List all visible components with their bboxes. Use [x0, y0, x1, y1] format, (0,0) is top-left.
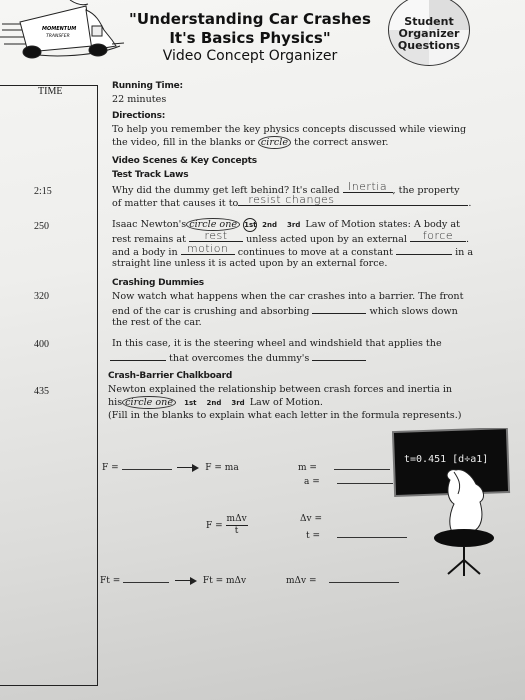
truck-text-momentum: MOMENTUM [42, 26, 76, 32]
chalkboard-line-3: (Fill in the blanks to explain what each… [108, 409, 462, 423]
title-line-3: Video Concept Organizer [120, 48, 380, 64]
formula-label: F = [206, 521, 223, 531]
handwritten-answer: motion [181, 243, 235, 254]
question-text: his [108, 397, 122, 408]
m-definition: m = [298, 461, 390, 473]
formula-row-1: F = F = ma [102, 461, 239, 473]
overcomes-blank[interactable] [312, 350, 366, 361]
fraction: mΔv t [226, 514, 248, 537]
rest-blank[interactable]: rest [189, 231, 243, 242]
t-definition: t = [306, 529, 407, 541]
formula-label: a = [304, 477, 320, 487]
fraction-numerator: mΔv [226, 514, 248, 526]
arrow-right-icon [175, 577, 197, 585]
dv-definition: Δv = [300, 514, 322, 524]
timestamp: 2:15 [34, 186, 52, 197]
arrow-right-icon [177, 464, 199, 472]
ordinal-3rd[interactable]: 3rd [231, 399, 244, 407]
question-text: in a [452, 247, 473, 258]
ordinal-2nd[interactable]: 2nd [262, 221, 277, 229]
crash-line-3: the rest of the car. [112, 316, 202, 330]
handwritten-answer: force [410, 230, 466, 241]
formula-row-2: F = mΔv t [206, 514, 248, 537]
chalkboard-formula-text: t=0.451 [d÷a1] [404, 454, 488, 465]
ordinal-1st[interactable]: 1st [184, 399, 196, 407]
formula-result: Ft = mΔv [203, 576, 246, 586]
handwritten-answer: Inertia [343, 181, 393, 192]
fraction-denominator: t [235, 526, 239, 536]
question-text: Isaac Newton's [112, 219, 186, 230]
constant-blank[interactable] [396, 244, 452, 255]
chalkboard-line-1: Newton explained the relationship betwee… [108, 383, 452, 397]
formula-label: Δv = [300, 514, 322, 524]
a-definition: a = [304, 475, 393, 487]
truck-text-transfer: TRANSFER [46, 33, 70, 39]
timestamp: 320 [34, 291, 49, 302]
formula-row-3: Ft = Ft = mΔv [100, 574, 246, 586]
mdv-definition: mΔv = [286, 574, 399, 586]
crash-line-1: Now watch what happens when the car cras… [112, 290, 463, 304]
formula-label: m = [298, 463, 317, 473]
running-time-value: 22 minutes [112, 93, 166, 107]
a-blank[interactable] [337, 475, 393, 484]
running-time-label: Running Time: [112, 81, 183, 91]
timestamp: 435 [34, 386, 49, 397]
formula-label: Ft = [100, 576, 120, 586]
formula-label: mΔv = [286, 576, 317, 586]
resist-question: of matter that causes it toresist change… [112, 195, 471, 211]
student-organizer-badge: Student Organizer Questions [388, 0, 470, 66]
formula-label: t = [306, 531, 320, 541]
resist-blank[interactable]: resist changes [238, 195, 468, 206]
question-text: of matter that causes it to [112, 198, 238, 209]
timestamp: 400 [34, 339, 49, 350]
ft-blank[interactable] [123, 574, 169, 583]
absorbing-blank[interactable] [312, 303, 366, 314]
question-text: Law of Motion. [250, 397, 323, 408]
title-line-1: "Understanding Car Crashes [120, 10, 380, 28]
directions-text: the video, fill in the blanks or [112, 137, 258, 148]
title-line-2: It's Basics Physics" [120, 29, 380, 47]
formula-result: F = ma [205, 463, 238, 473]
time-column-heading: TIME [38, 86, 62, 97]
crash-line-4: In this case, it is the steering wheel a… [112, 337, 442, 351]
circle-example: circle [258, 136, 291, 149]
crash-line-5: that overcomes the dummy's [110, 350, 366, 366]
question-text: that overcomes the dummy's [166, 353, 312, 364]
crashing-dummies-heading: Crashing Dummies [112, 278, 204, 288]
chalkboard-dog-illustration: t=0.451 [d÷a1] [392, 428, 514, 578]
badge-line-3: Questions [398, 40, 460, 52]
scenes-heading: Video Scenes & Key Concepts [112, 156, 257, 166]
formula-label: F = [102, 463, 119, 473]
directions-label: Directions: [112, 111, 165, 121]
ordinal-3rd[interactable]: 3rd [287, 221, 300, 229]
momentum-truck-illustration: MOMENTUM TRANSFER [0, 0, 125, 62]
motion-blank[interactable]: motion [181, 244, 235, 255]
question-text: which slows down [366, 306, 457, 317]
time-column [0, 85, 98, 686]
straight-line-text: straight line unless it is acted upon by… [112, 257, 387, 271]
m-blank[interactable] [334, 461, 390, 470]
f-blank[interactable] [122, 461, 172, 470]
ordinal-1st-selected[interactable]: 1st [243, 218, 257, 232]
handwritten-answer: resist changes [248, 194, 468, 205]
question-text: . [468, 198, 471, 209]
directions-text: the correct answer. [291, 137, 388, 148]
inertia-blank[interactable]: Inertia [343, 182, 393, 193]
mdv-blank[interactable] [329, 574, 399, 583]
timestamp: 250 [34, 221, 49, 232]
circle-one-label: circle one [122, 396, 176, 409]
directions-line-2: the video, fill in the blanks or circle … [112, 136, 388, 150]
directions-line-1: To help you remember the key physics con… [112, 123, 466, 137]
ordinal-2nd[interactable]: 2nd [206, 399, 221, 407]
t-blank[interactable] [337, 529, 407, 538]
test-track-heading: Test Track Laws [112, 170, 188, 180]
applies-blank[interactable] [110, 350, 166, 361]
handwritten-answer: rest [189, 230, 243, 241]
force-blank[interactable]: force [410, 231, 466, 242]
chalkboard-heading: Crash-Barrier Chalkboard [108, 371, 232, 381]
